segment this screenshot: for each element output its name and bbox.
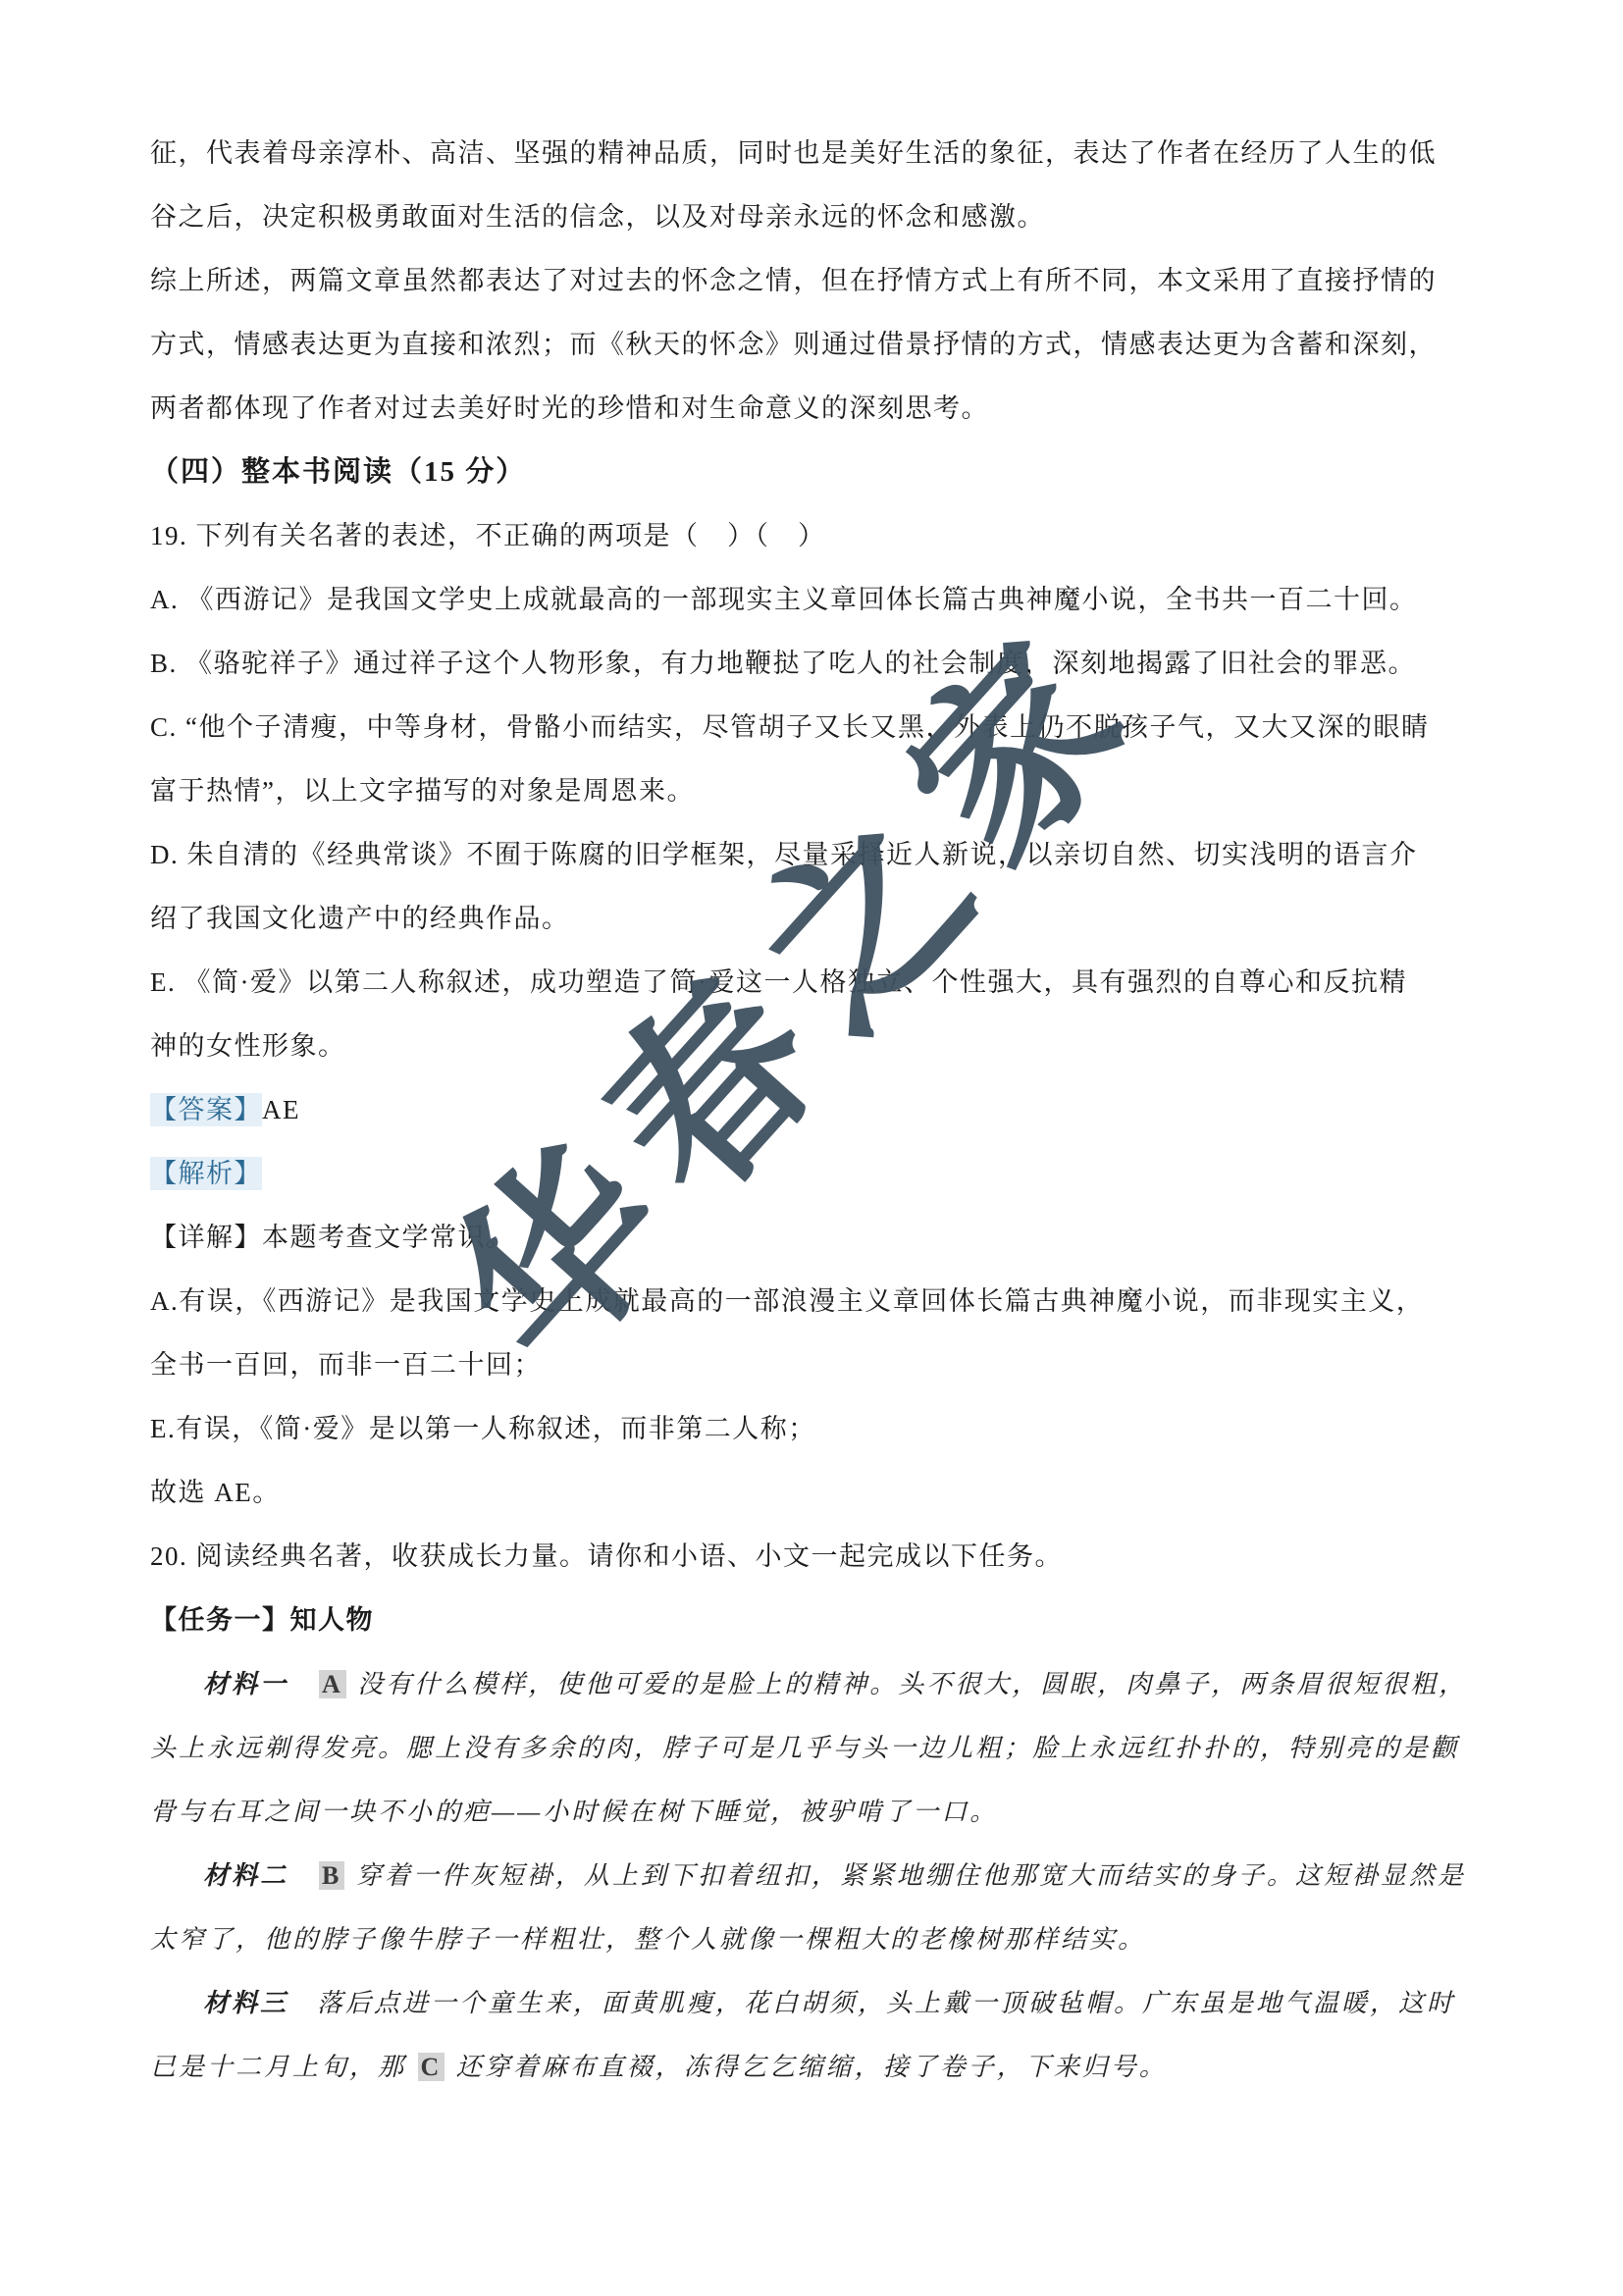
placeholder-letter: B bbox=[319, 1861, 344, 1890]
text-line: 头上永远剃得发亮。腮上没有多余的肉，脖子可是几乎与头一边儿粗；脸上永远红扑扑的，… bbox=[150, 1716, 1485, 1780]
text-line: 材料一 A 没有什么模样，使他可爱的是脸上的精神。头不很大，圆眼，肉鼻子，两条眉… bbox=[150, 1652, 1485, 1716]
text-line: 全书一百回，而非一百二十回； bbox=[150, 1333, 1485, 1397]
text-segment: 征，代表着母亲淳朴、高洁、坚强的精神品质，同时也是美好生活的象征，表达了作者在经… bbox=[150, 138, 1437, 168]
text-segment: 骨与右耳之间一块不小的疤——小时候在树下睡觉，被驴啃了一口。 bbox=[150, 1798, 998, 1826]
text-segment: 富于热情”，以上文字描写的对象是周恩来。 bbox=[150, 776, 695, 806]
text-line: 【答案】AE bbox=[150, 1078, 1485, 1142]
text-segment: 【答案】 bbox=[150, 1093, 262, 1126]
text-line: 骨与右耳之间一块不小的疤——小时候在树下睡觉，被驴啃了一口。 bbox=[150, 1780, 1485, 1844]
text-segment: D. 朱自清的《经典常谈》不囿于陈腐的旧学框架，尽量采择近人新说，以亲切自然、切… bbox=[150, 840, 1418, 869]
text-segment: 19. 下列有关名著的表述，不正确的两项是（ ）（ ） bbox=[150, 521, 826, 550]
text-segment: 绍了我国文化遗产中的经典作品。 bbox=[150, 904, 570, 933]
text-segment: 穿着一件灰短褂，从上到下扣着纽扣，紧紧地绷住他那宽大而结实的身子。这短褂显然是 bbox=[346, 1861, 1466, 1890]
text-segment: 没有什么模样，使他可爱的是脸上的精神。头不很大，圆眼，肉鼻子，两条眉很短很粗， bbox=[348, 1670, 1468, 1698]
text-line: 征，代表着母亲淳朴、高洁、坚强的精神品质，同时也是美好生活的象征，表达了作者在经… bbox=[150, 122, 1485, 185]
text-line: 两者都体现了作者对过去美好时光的珍惜和对生命意义的深刻思考。 bbox=[150, 377, 1485, 441]
text-segment: 神的女性形象。 bbox=[150, 1031, 346, 1061]
text-segment: 综上所述，两篇文章虽然都表达了对过去的怀念之情，但在抒情方式上有所不同，本文采用… bbox=[150, 266, 1437, 295]
document-page: 征，代表着母亲淳朴、高洁、坚强的精神品质，同时也是美好生活的象征，表达了作者在经… bbox=[0, 0, 1623, 2296]
text-line: 【解析】 bbox=[150, 1142, 1485, 1206]
text-segment: 落后点进一个童生来，面黄肌瘦，花白胡须，头上戴一顶破毡帽。广东虽是地气温暖，这时 bbox=[317, 1989, 1455, 2017]
text-segment: 故选 AE。 bbox=[150, 1478, 281, 1507]
placeholder-letter: C bbox=[418, 2053, 445, 2081]
text-line: 故选 AE。 bbox=[150, 1461, 1485, 1525]
text-segment: AE bbox=[262, 1095, 300, 1124]
text-segment: C. “他个子清瘦，中等身材，骨骼小而结实，尽管胡子又长又黑，外表上仍不脱孩子气… bbox=[150, 712, 1430, 742]
text-line: 谷之后，决定积极勇敢面对生活的信念，以及对母亲永远的怀念和感激。 bbox=[150, 185, 1485, 249]
text-segment: 全书一百回，而非一百二十回； bbox=[150, 1350, 542, 1380]
text-line: 综上所述，两篇文章虽然都表达了对过去的怀念之情，但在抒情方式上有所不同，本文采用… bbox=[150, 249, 1485, 313]
text-line: A. 《西游记》是我国文学史上成就最高的一部现实主义章回体长篇古典神魔小说，全书… bbox=[150, 568, 1485, 632]
text-segment: 两者都体现了作者对过去美好时光的珍惜和对生命意义的深刻思考。 bbox=[150, 393, 989, 423]
text-segment: 头上永远剃得发亮。腮上没有多余的肉，脖子可是几乎与头一边儿粗；脸上永远红扑扑的，… bbox=[150, 1734, 1459, 1762]
text-line: 【详解】本题考查文学常识。 bbox=[150, 1206, 1485, 1270]
text-segment: A. 《西游记》是我国文学史上成就最高的一部现实主义章回体长篇古典神魔小说，全书… bbox=[150, 585, 1418, 614]
text-line: 绍了我国文化遗产中的经典作品。 bbox=[150, 887, 1485, 951]
text-line: E. 《简·爱》以第二人称叙述，成功塑造了简·爱这一人格独立、个性强大，具有强烈… bbox=[150, 951, 1485, 1015]
text-segment: 材料二 bbox=[203, 1861, 317, 1890]
text-segment: 【详解】本题考查文学常识。 bbox=[150, 1223, 514, 1252]
text-segment: 方式，情感表达更为直接和浓烈；而《秋天的怀念》则通过借景抒情的方式，情感表达更为… bbox=[150, 330, 1437, 359]
text-segment: 20. 阅读经典名著，收获成长力量。请你和小语、小文一起完成以下任务。 bbox=[150, 1541, 1063, 1571]
text-line: D. 朱自清的《经典常谈》不囿于陈腐的旧学框架，尽量采择近人新说，以亲切自然、切… bbox=[150, 823, 1485, 887]
text-line: 材料三 落后点进一个童生来，面黄肌瘦，花白胡须，头上戴一顶破毡帽。广东虽是地气温… bbox=[150, 1971, 1485, 2035]
text-line: 【任务一】知人物 bbox=[150, 1589, 1485, 1652]
text-line: 神的女性形象。 bbox=[150, 1015, 1485, 1078]
text-segment: B. 《骆驼祥子》通过祥子这个人物形象，有力地鞭挞了吃人的社会制度，深刻地揭露了… bbox=[150, 649, 1416, 678]
text-line: E.有误，《简·爱》是以第一人称叙述，而非第二人称； bbox=[150, 1397, 1485, 1461]
text-line: （四）整本书阅读（15 分） bbox=[150, 441, 1485, 504]
text-segment: 太窄了，他的脖子像牛脖子一样粗壮，整个人就像一棵粗大的老橡树那样结实。 bbox=[150, 1925, 1146, 1954]
text-segment: 还穿着麻布直裰，冻得乞乞缩缩，接了卷子，下来归号。 bbox=[446, 2053, 1168, 2081]
text-line: 19. 下列有关名著的表述，不正确的两项是（ ）（ ） bbox=[150, 504, 1485, 568]
text-line: A.有误，《西游记》是我国文学史上成就最高的一部浪漫主义章回体长篇古典神魔小说，… bbox=[150, 1270, 1485, 1333]
text-segment: 【解析】 bbox=[150, 1157, 262, 1190]
text-segment: A.有误，《西游记》是我国文学史上成就最高的一部浪漫主义章回体长篇古典神魔小说，… bbox=[150, 1286, 1424, 1316]
text-line: C. “他个子清瘦，中等身材，骨骼小而结实，尽管胡子又长又黑，外表上仍不脱孩子气… bbox=[150, 696, 1485, 759]
text-line: 20. 阅读经典名著，收获成长力量。请你和小语、小文一起完成以下任务。 bbox=[150, 1525, 1485, 1589]
text-segment: 谷之后，决定积极勇敢面对生活的信念，以及对母亲永远的怀念和感激。 bbox=[150, 202, 1045, 232]
text-segment: 材料三 bbox=[203, 1989, 317, 2017]
document-lines: 征，代表着母亲淳朴、高洁、坚强的精神品质，同时也是美好生活的象征，表达了作者在经… bbox=[150, 122, 1485, 2099]
text-line: 方式，情感表达更为直接和浓烈；而《秋天的怀念》则通过借景抒情的方式，情感表达更为… bbox=[150, 313, 1485, 377]
text-line: 已是十二月上旬，那 C 还穿着麻布直裰，冻得乞乞缩缩，接了卷子，下来归号。 bbox=[150, 2035, 1485, 2099]
text-line: 材料二 B 穿着一件灰短褂，从上到下扣着纽扣，紧紧地绷住他那宽大而结实的身子。这… bbox=[150, 1844, 1485, 1907]
text-segment: 材料一 bbox=[203, 1670, 317, 1698]
text-line: B. 《骆驼祥子》通过祥子这个人物形象，有力地鞭挞了吃人的社会制度，深刻地揭露了… bbox=[150, 632, 1485, 696]
text-line: 富于热情”，以上文字描写的对象是周恩来。 bbox=[150, 759, 1485, 823]
text-segment: （四）整本书阅读（15 分） bbox=[150, 456, 526, 488]
placeholder-letter: A bbox=[319, 1670, 346, 1698]
text-line: 太窄了，他的脖子像牛脖子一样粗壮，整个人就像一棵粗大的老橡树那样结实。 bbox=[150, 1907, 1485, 1971]
text-segment: 【任务一】知人物 bbox=[150, 1605, 374, 1635]
text-segment: E.有误，《简·爱》是以第一人称叙述，而非第二人称； bbox=[150, 1414, 816, 1443]
text-segment: E. 《简·爱》以第二人称叙述，成功塑造了简·爱这一人格独立、个性强大，具有强烈… bbox=[150, 967, 1407, 997]
text-segment: 已是十二月上旬，那 bbox=[150, 2053, 416, 2081]
